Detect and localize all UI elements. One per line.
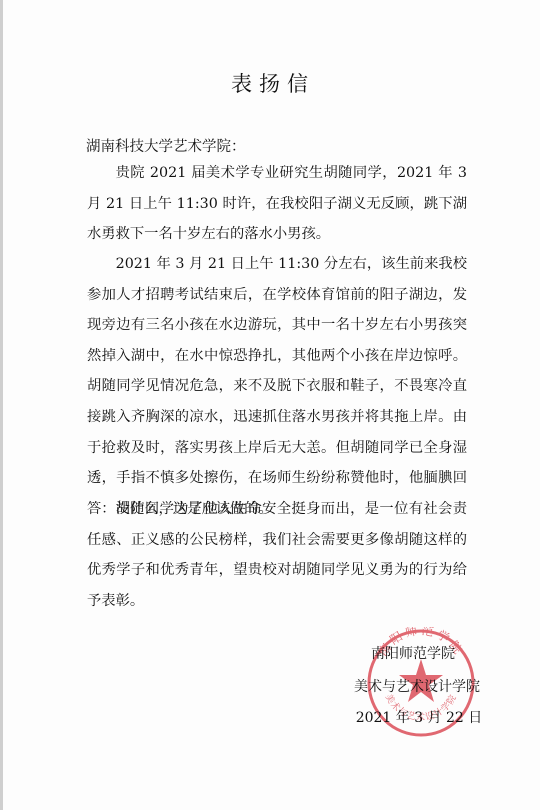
paragraph-3: 胡随同学为了他人生命安全挺身而出，是一位有社会责任感、正义感的公民榜样，我们社会… — [87, 494, 467, 616]
salutation: 湖南科技大学艺术学院： — [86, 135, 246, 156]
signature-department: 美术与艺术设计学院 — [307, 676, 527, 696]
letter-title: 表扬信 — [3, 68, 540, 98]
signature-date: 2021 年 3 月 22 日 — [309, 707, 529, 727]
paragraph-2: 2021 年 3 月 21 日上午 11:30 分左右，该生前来我校参加人才招聘… — [87, 249, 467, 524]
signature-institution: 南阳师范学院 — [303, 643, 523, 663]
paragraph-1: 贵院 2021 届美术学专业研究生胡随同学，2021 年 3 月 21 日上午 … — [87, 158, 467, 250]
letter-page: 表扬信 湖南科技大学艺术学院： 贵院 2021 届美术学专业研究生胡随同学，20… — [0, 0, 540, 810]
